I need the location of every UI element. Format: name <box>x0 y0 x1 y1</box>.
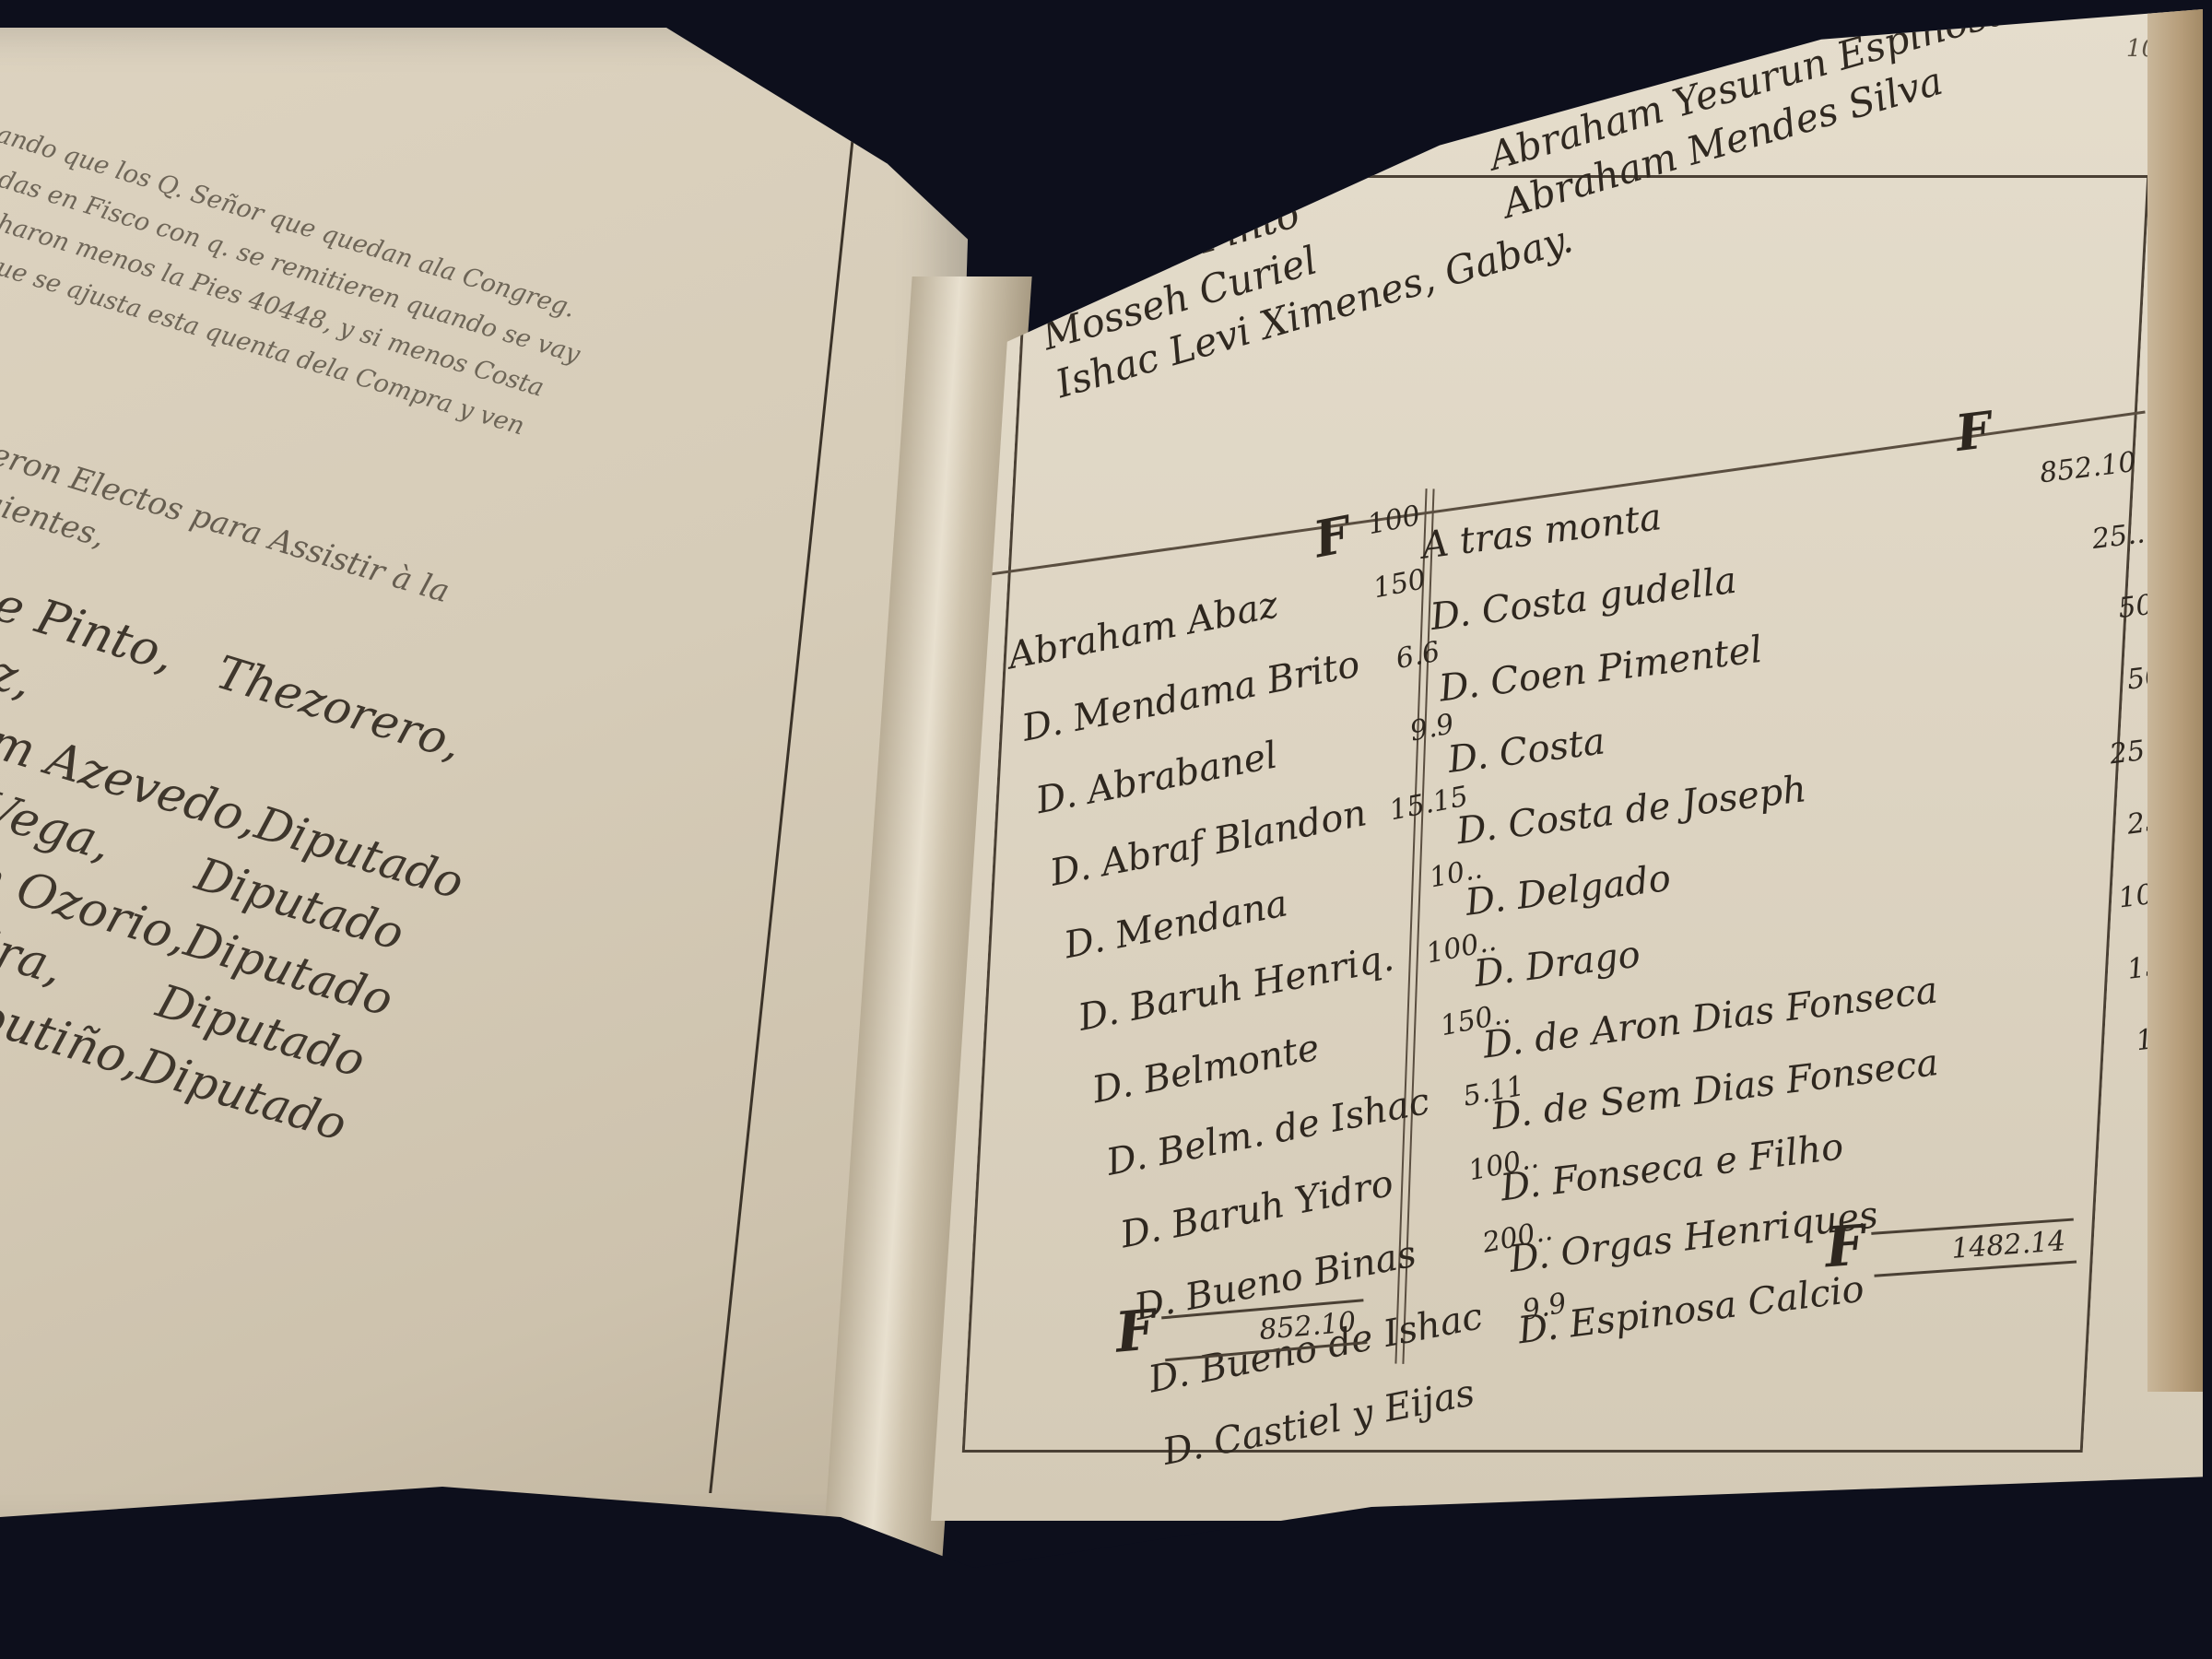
book-edge <box>2147 9 2203 1392</box>
currency-symbol: F <box>1112 1298 1158 1365</box>
member-role <box>431 777 451 841</box>
right-page: 10 Nalista q. se hizo en 12 de quislev 5… <box>931 9 2203 1521</box>
currency-symbol: F <box>1823 1214 1866 1281</box>
ledger-amount: 50 <box>2014 589 2155 638</box>
ledger-right-column: F A tras monta852.10 D. Costa gudella25.… <box>1419 438 2212 1382</box>
ledger-amount <box>1477 1383 1583 1404</box>
ledger-amount: 6.6 <box>1357 636 1442 683</box>
ledger-amount: 50 <box>2023 660 2164 709</box>
left-page: ...ando que los Q. Señor que quedan ala … <box>0 28 968 1539</box>
photo-scene: ...ando que los Q. Señor que quedan ala … <box>0 0 2212 1659</box>
ledger-amount: 25.. <box>2006 517 2147 566</box>
ledger-amount: 852.10 <box>1996 446 2137 495</box>
currency-symbol: F <box>1952 400 1994 463</box>
